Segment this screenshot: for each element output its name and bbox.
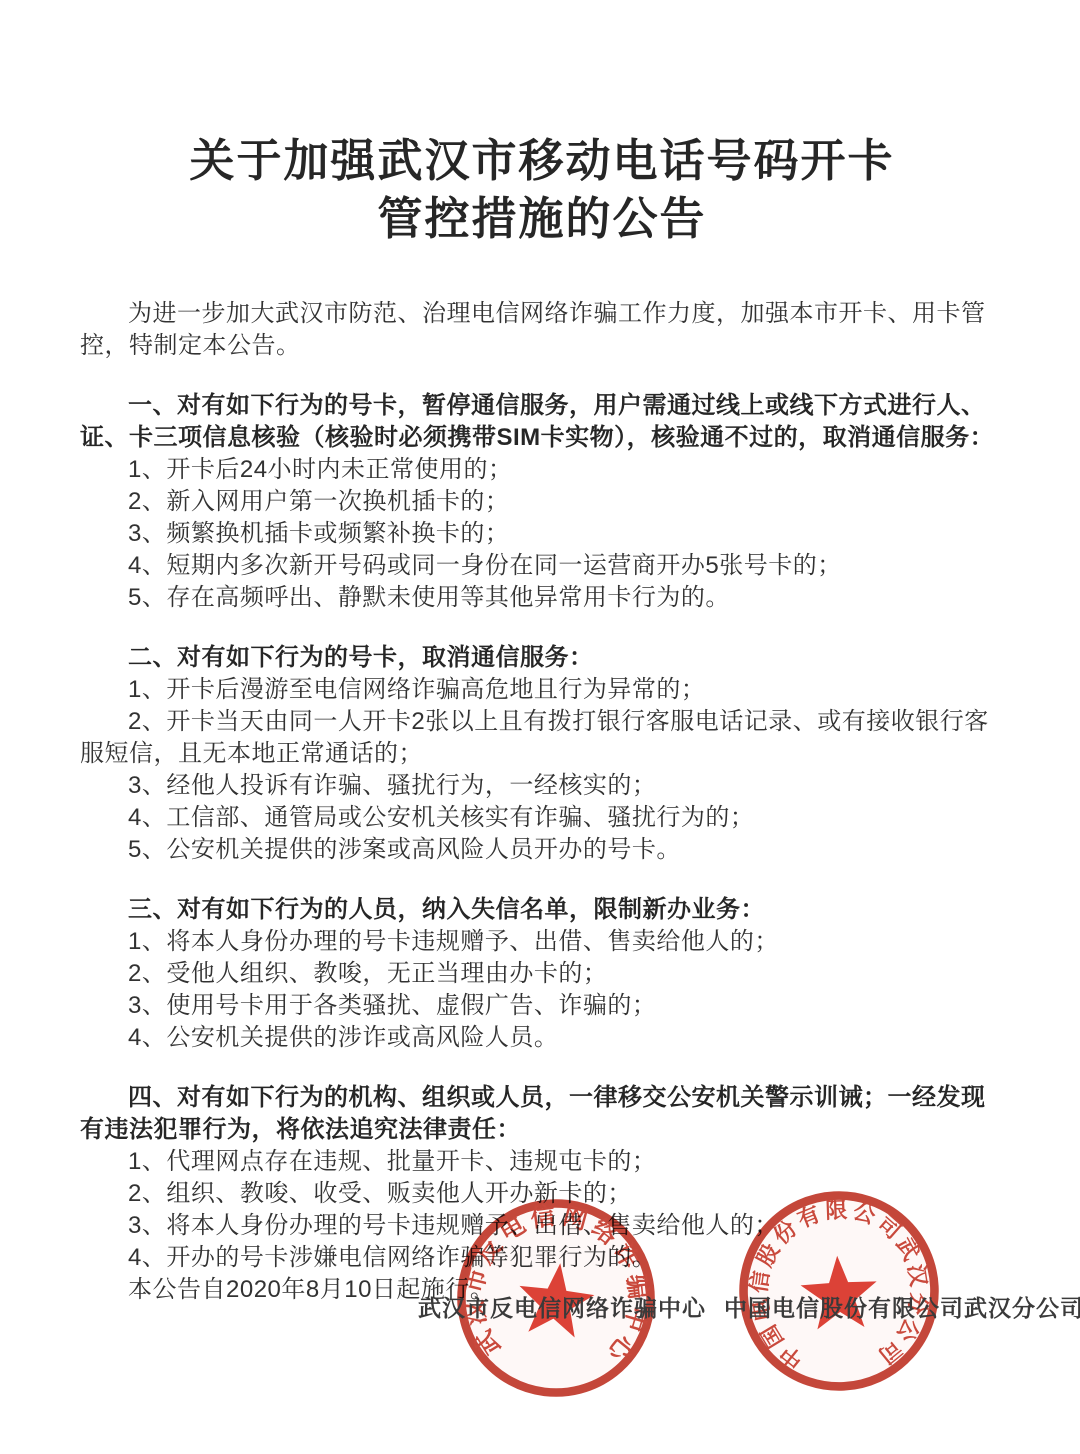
title-line-1: 关于加强武汉市移动电话号码开卡 <box>80 132 1004 190</box>
list-item: 4、工信部、通管局或公安机关核实有诈骗、骚扰行为的； <box>80 802 1004 834</box>
section-3-heading: 三、对有如下行为的人员，纳入失信名单，限制新办业务： <box>80 894 1004 926</box>
list-item: 2、开卡当天由同一人开卡2张以上且有拨打银行客服电话记录、或有接收银行客服短信，… <box>80 706 1004 770</box>
list-item: 1、将本人身份办理的号卡违规赠予、出借、售卖给他人的； <box>80 926 1004 958</box>
intro-paragraph: 为进一步加大武汉市防范、治理电信网络诈骗工作力度，加强本市开卡、用卡管控，特制定… <box>80 298 1004 362</box>
list-item: 5、公安机关提供的涉案或高风险人员开办的号卡。 <box>80 834 1004 866</box>
list-item: 2、受他人组织、教唆，无正当理由办卡的； <box>80 958 1004 990</box>
section-1: 一、对有如下行为的号卡，暂停通信服务，用户需通过线上或线下方式进行人、证、卡三项… <box>80 390 1004 614</box>
signature-line: 武汉市反电信网络诈骗中心 中国电信股份有限公司武汉分公司 <box>418 1290 1080 1323</box>
list-item: 4、短期内多次新开号码或同一身份在同一运营商开办5张号卡的； <box>80 550 1004 582</box>
section-2: 二、对有如下行为的号卡，取消通信服务： 1、开卡后漫游至电信网络诈骗高危地且行为… <box>80 642 1004 866</box>
list-item: 5、存在高频呼出、静默未使用等其他异常用卡行为的。 <box>80 582 1004 614</box>
title-line-2: 管控措施的公告 <box>80 190 1004 248</box>
list-item: 1、开卡后漫游至电信网络诈骗高危地且行为异常的； <box>80 674 1004 706</box>
list-item: 2、新入网用户第一次换机插卡的； <box>80 486 1004 518</box>
list-item: 1、开卡后24小时内未正常使用的； <box>80 454 1004 486</box>
section-4-heading: 四、对有如下行为的机构、组织或人员，一律移交公安机关警示训诫；一经发现有违法犯罪… <box>80 1082 1004 1146</box>
list-item: 1、代理网点存在违规、批量开卡、违规屯卡的； <box>80 1146 1004 1178</box>
left-organization-name: 武汉市反电信网络诈骗中心 <box>418 1290 706 1323</box>
page-title: 关于加强武汉市移动电话号码开卡 管控措施的公告 <box>80 132 1004 248</box>
list-item: 3、使用号卡用于各类骚扰、虚假广告、诈骗的； <box>80 990 1004 1022</box>
section-3: 三、对有如下行为的人员，纳入失信名单，限制新办业务： 1、将本人身份办理的号卡违… <box>80 894 1004 1054</box>
list-item: 4、公安机关提供的涉诈或高风险人员。 <box>80 1022 1004 1054</box>
list-item: 3、频繁换机插卡或频繁补换卡的； <box>80 518 1004 550</box>
section-1-heading: 一、对有如下行为的号卡，暂停通信服务，用户需通过线上或线下方式进行人、证、卡三项… <box>80 390 1004 454</box>
announcement-page: 关于加强武汉市移动电话号码开卡 管控措施的公告 为进一步加大武汉市防范、治理电信… <box>0 0 1080 1454</box>
list-item: 3、经他人投诉有诈骗、骚扰行为，一经核实的； <box>80 770 1004 802</box>
right-organization-name: 中国电信股份有限公司武汉分公司 <box>724 1290 1080 1323</box>
document-content: 关于加强武汉市移动电话号码开卡 管控措施的公告 为进一步加大武汉市防范、治理电信… <box>80 132 1004 1306</box>
section-2-heading: 二、对有如下行为的号卡，取消通信服务： <box>80 642 1004 674</box>
